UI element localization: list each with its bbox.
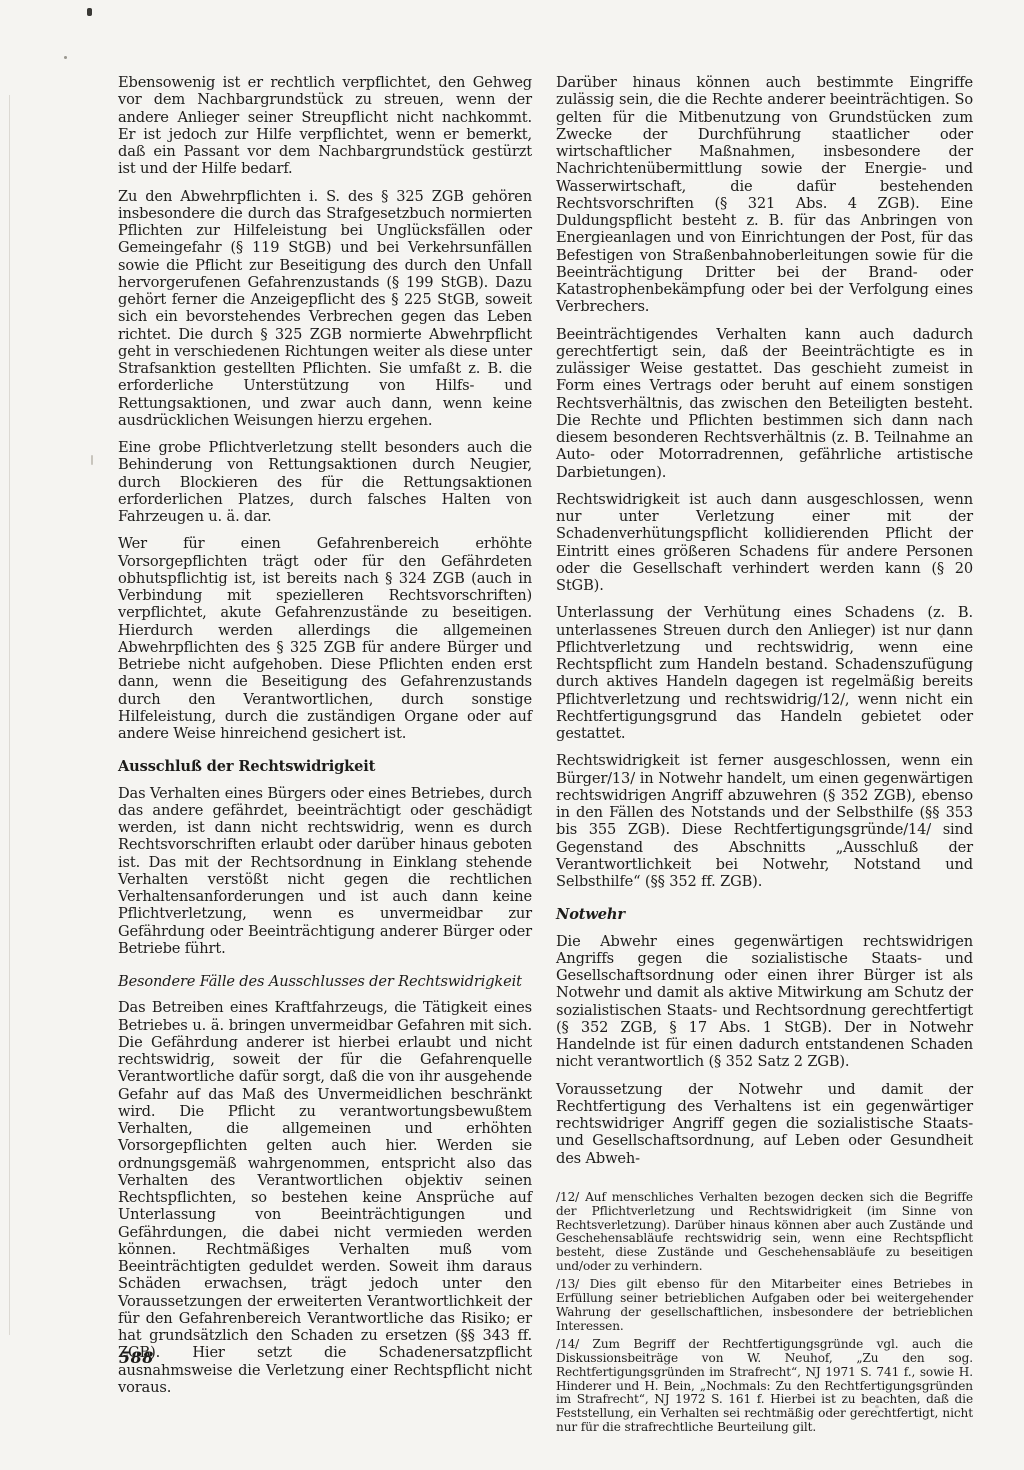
- page-number: 588: [119, 1348, 154, 1367]
- paragraph: Wer für einen Gefahrenbereich erhöhte Vo…: [118, 535, 532, 742]
- scan-edge-line: [9, 95, 10, 1335]
- scan-speck: [87, 8, 92, 16]
- footnote: /14/ Zum Begriff der Rechtfertigungsgrün…: [556, 1338, 973, 1435]
- scan-speck: [91, 455, 93, 465]
- text-column-right-body: Darüber hinaus können auch bestimmte Ein…: [556, 74, 973, 1167]
- text-column-right: Darüber hinaus können auch bestimmte Ein…: [556, 74, 973, 1439]
- text-column-left: Ebensowenig ist er rechtlich verpflichte…: [118, 74, 532, 1406]
- footnote: /12/ Auf menschliches Verhalten bezogen …: [556, 1191, 973, 1274]
- subsection-heading: Besondere Fälle des Ausschlusses der Rec…: [118, 973, 532, 990]
- journal-page: Ebensowenig ist er rechtlich verpflichte…: [0, 0, 1024, 1470]
- paragraph: Das Betreiben eines Kraftfahrzeugs, die …: [118, 999, 532, 1396]
- paragraph: Rechtswidrigkeit ist ferner ausgeschloss…: [556, 752, 973, 890]
- paragraph: Eine grobe Pflichtverletzung stellt beso…: [118, 439, 532, 525]
- paragraph: Das Verhalten eines Bürgers oder eines B…: [118, 785, 532, 958]
- subsection-heading: Notwehr: [556, 906, 973, 923]
- paragraph: Zu den Abwehrpflichten i. S. des § 325 Z…: [118, 188, 532, 430]
- paragraph: Voraussetzung der Notwehr und damit der …: [556, 1081, 973, 1167]
- paragraph: Darüber hinaus können auch bestimmte Ein…: [556, 74, 973, 316]
- paragraph: Unterlassung der Verhütung eines Schaden…: [556, 604, 973, 742]
- scan-speck: [64, 56, 67, 59]
- section-heading: Ausschluß der Rechtswidrigkeit: [118, 758, 532, 775]
- paragraph: Die Abwehr eines gegenwärtigen rechtswid…: [556, 933, 973, 1071]
- footnotes: /12/ Auf menschliches Verhalten bezogen …: [556, 1191, 973, 1435]
- footnote: /13/ Dies gilt ebenso für den Mitarbeite…: [556, 1278, 973, 1334]
- paragraph: Rechtswidrigkeit ist auch dann ausgeschl…: [556, 491, 973, 595]
- paragraph: Ebensowenig ist er rechtlich verpflichte…: [118, 74, 532, 178]
- paragraph: Beeinträchtigendes Verhalten kann auch d…: [556, 326, 973, 481]
